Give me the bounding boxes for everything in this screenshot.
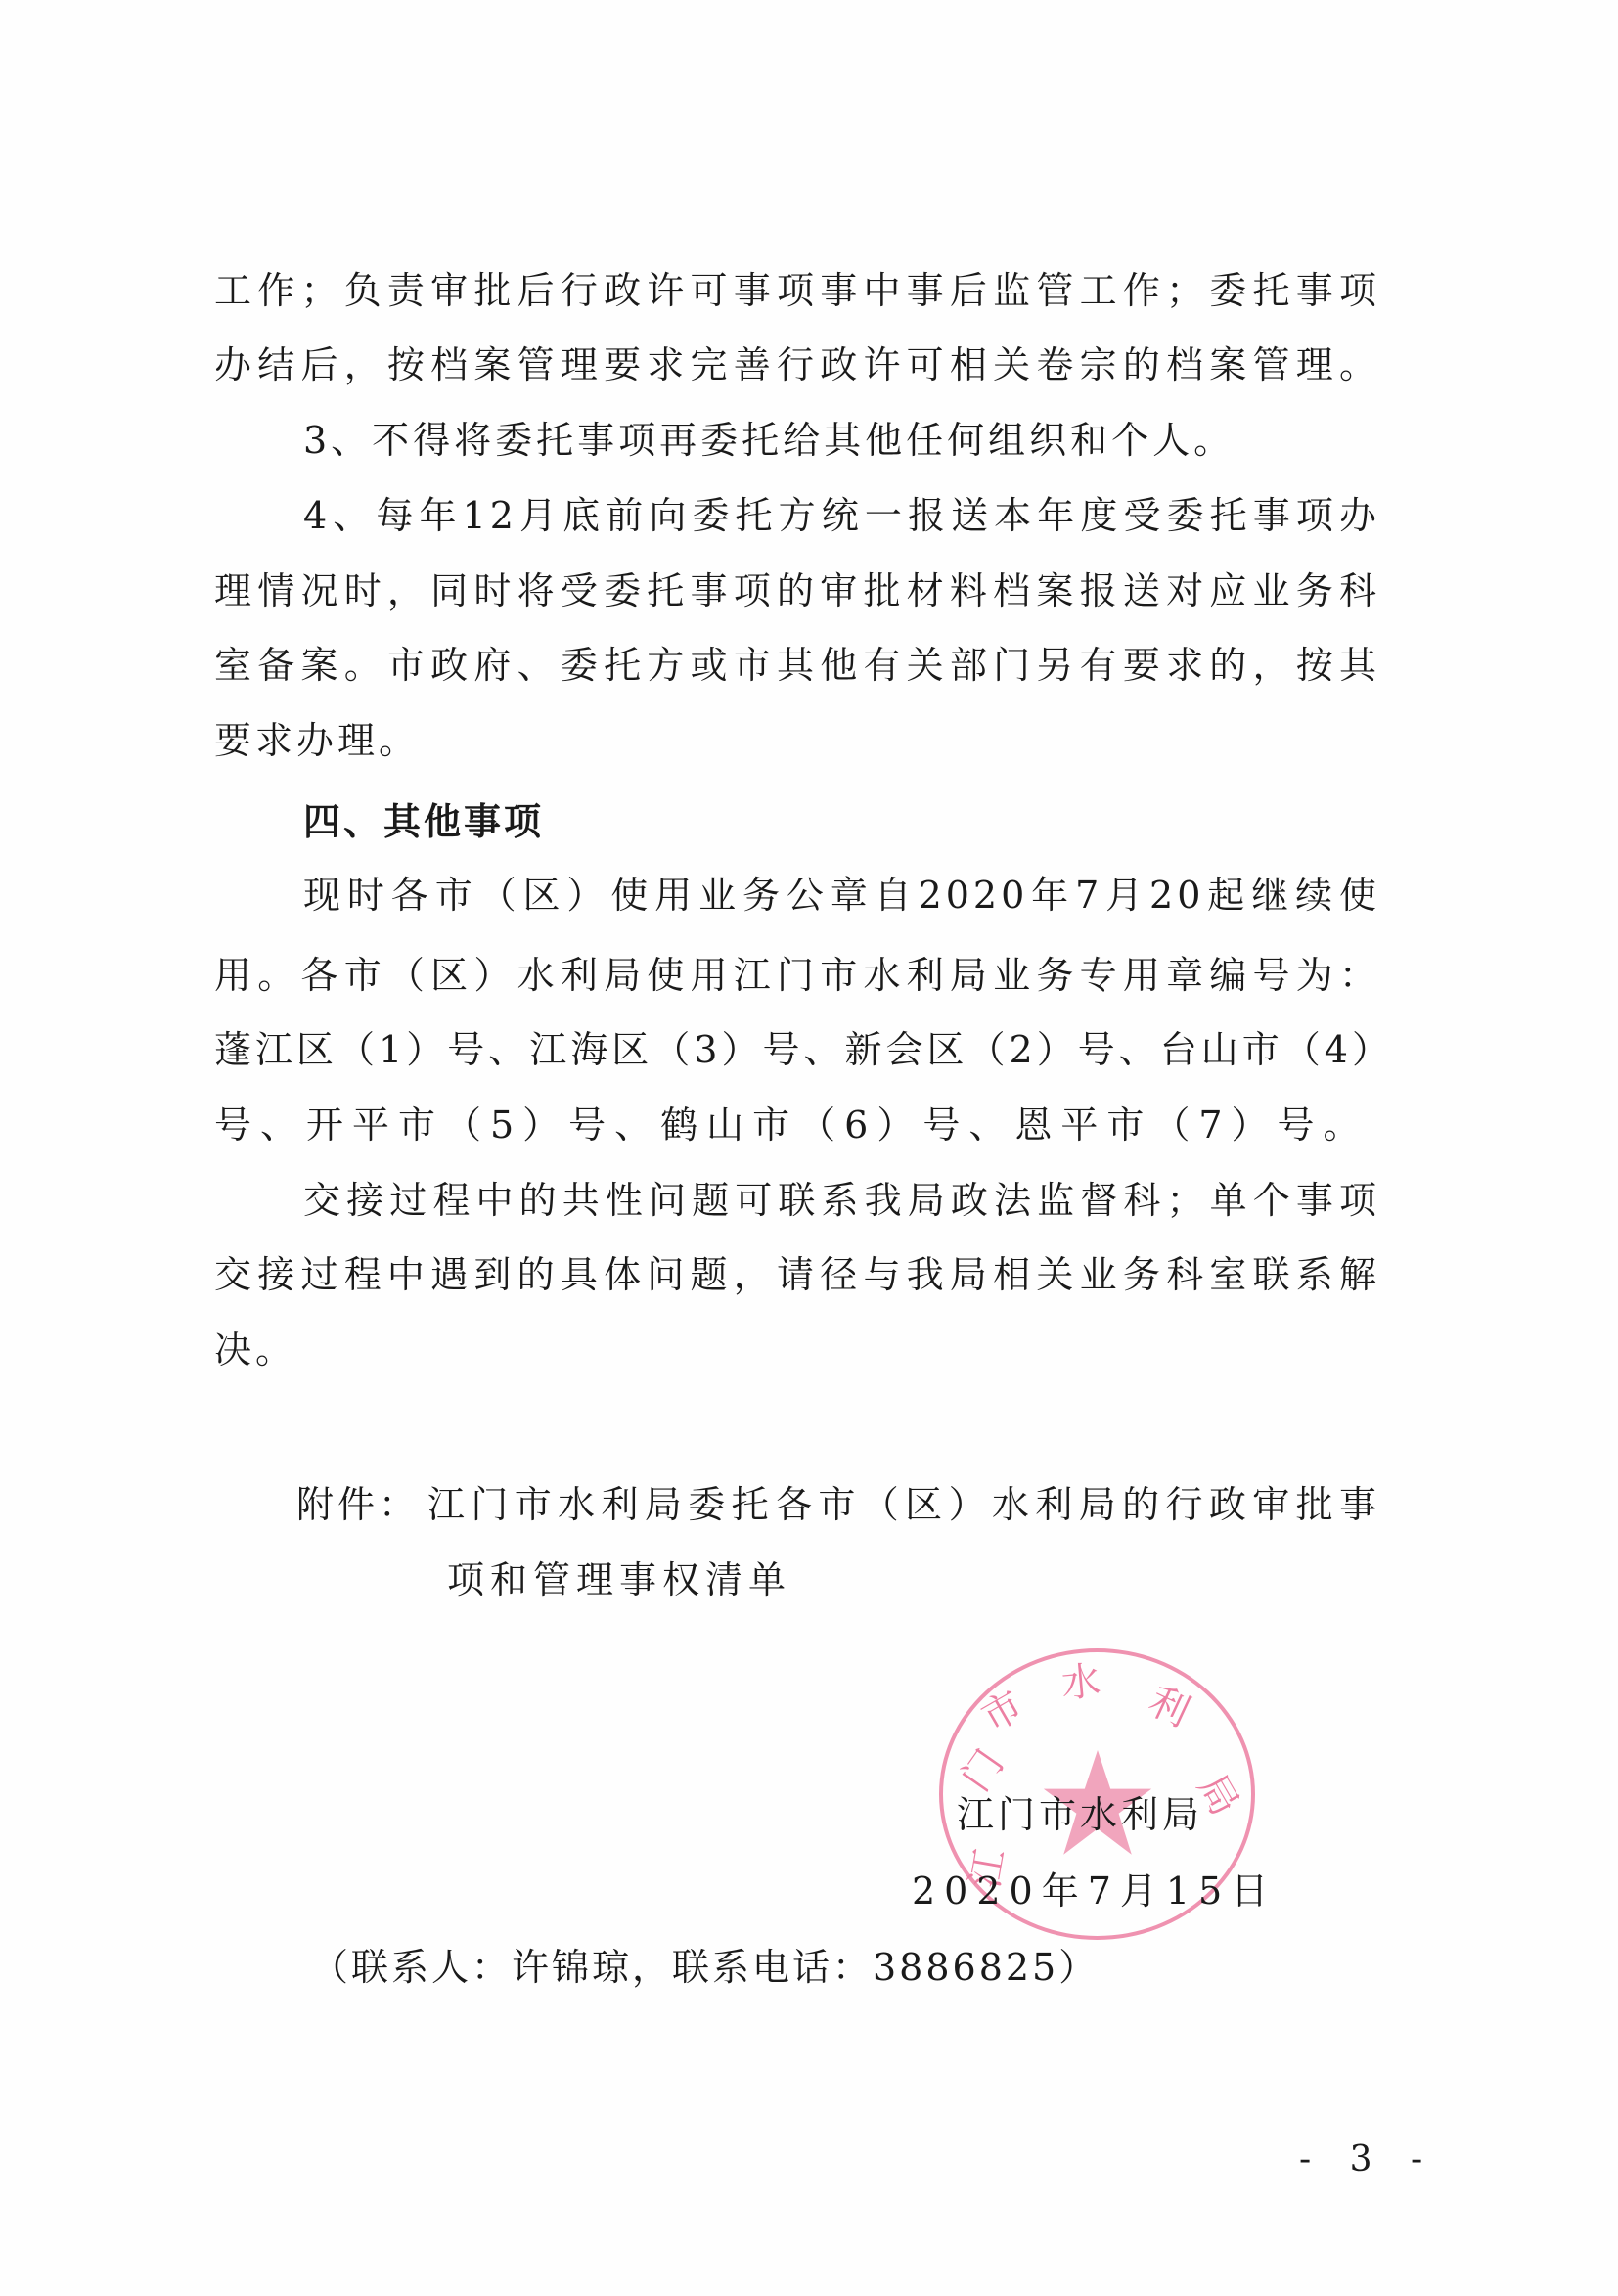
- other-para2-line: 交接过程中遇到的具体问题，请径与我局相关业务科室联系解: [214, 1249, 1380, 1300]
- document-page: 工作；负责审批后行政许可事项事中事后监管工作；委托事项 办结后，按档案管理要求完…: [0, 0, 1618, 2296]
- item-4-line: 4、每年12月底前向委托方统一报送本年度受委托事项办: [303, 490, 1380, 541]
- body-line: 工作；负责审批后行政许可事项事中事后监管工作；委托事项: [214, 265, 1380, 316]
- signing-organization: 江门市水利局: [957, 1789, 1203, 1840]
- attachment-title-line[interactable]: 江门市水利局委托各市（区）水利局的行政审批事: [427, 1479, 1380, 1530]
- other-para1-line: 用。各市（区）水利局使用江门市水利局业务专用章编号为：: [214, 950, 1380, 1001]
- body-line: 办结后，按档案管理要求完善行政许可相关卷宗的档案管理。: [214, 339, 1380, 390]
- signing-date: 2020年7月15日: [912, 1866, 1277, 1916]
- seal-char: 水: [1059, 1661, 1101, 1703]
- other-para1-line: 现时各市（区）使用业务公章自2020年7月20起继续使: [303, 870, 1380, 921]
- contact-info: （联系人：许锦琼，联系电话：3886825）: [311, 1942, 1099, 1993]
- other-para1-line: 蓬江区（1）号、江海区（3）号、新会区（2）号、台山市（4）: [214, 1024, 1393, 1075]
- item-4-line: 理情况时，同时将受委托事项的审批材料档案报送对应业务科: [214, 565, 1380, 616]
- attachment-title-line[interactable]: 项和管理事权清单: [447, 1554, 791, 1605]
- section-heading: 四、其他事项: [303, 796, 544, 847]
- other-para2-line: 交接过程中的共性问题可联系我局政法监督科；单个事项: [303, 1175, 1380, 1226]
- item-3: 3、不得将委托事项再委托给其他任何组织和个人。: [303, 415, 1235, 466]
- page-number: - 3 -: [1299, 2137, 1436, 2183]
- item-4-line: 要求办理。: [214, 715, 1380, 766]
- other-para1-line: 号、开平市（5）号、鹤山市（6）号、恩平市（7）号。: [214, 1100, 1380, 1150]
- other-para2-line: 决。: [214, 1325, 1380, 1375]
- attachment-label: 附件：: [296, 1479, 420, 1530]
- item-4-line: 室备案。市政府、委托方或市其他有关部门另有要求的，按其: [214, 640, 1380, 691]
